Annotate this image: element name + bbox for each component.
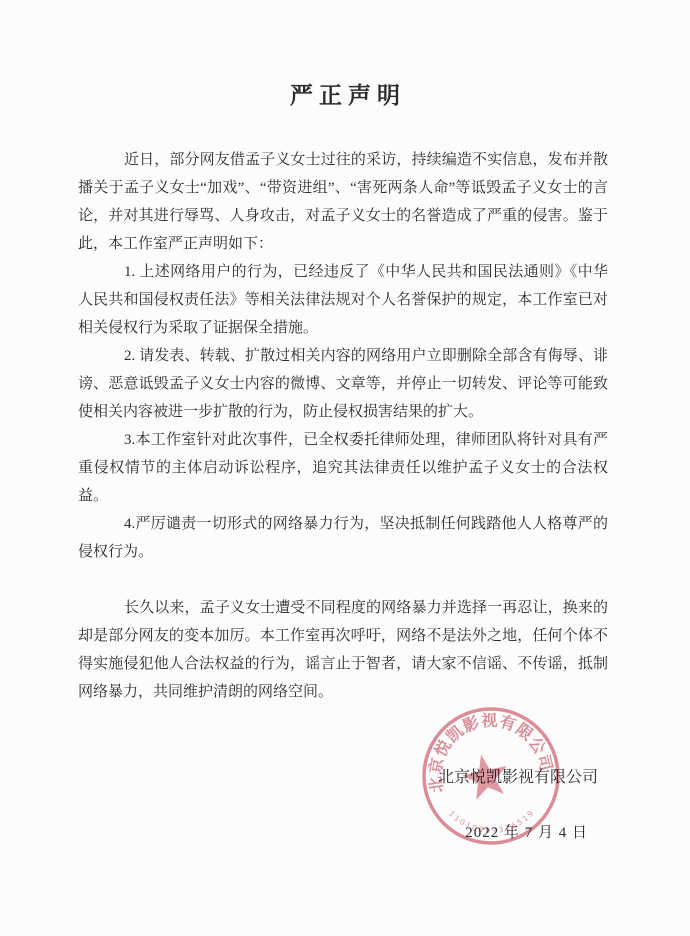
document-body: 近日，部分网友借孟子义女士过往的采访，持续编造不实信息，发布并散播关于孟子义女士…: [78, 146, 608, 706]
signature-company: 北京悦凯影视有限公司: [78, 764, 608, 792]
seal-company-char: 凯: [443, 722, 467, 746]
seal-serial-digit: 1: [447, 809, 457, 819]
paragraph: 1. 上述网络用户的行为，已经违反了《中华人民共和国民法通则》《中华人民共和国侵…: [78, 258, 608, 342]
document-title: 严正声明: [0, 0, 690, 112]
seal-company-char: 限: [512, 719, 536, 744]
statement-document: 严正声明 近日，部分网友借孟子义女士过往的采访，持续编造不实信息，发布并散播关于…: [0, 0, 690, 936]
seal-company-char: 有: [497, 712, 518, 735]
paragraph: 2. 请发表、转载、扩散过相关内容的网络用户立即删除全部含有侮辱、诽谤、恶意诋毁…: [78, 342, 608, 426]
signature-date: 2022 年 7 月 4 日: [78, 819, 608, 847]
paragraph: 近日，部分网友借孟子义女士过往的采访，持续编造不实信息，发布并散播关于孟子义女士…: [78, 146, 608, 258]
paragraph: 长久以来，孟子义女士遭受不同程度的网络暴力并选择一再忍让，换来的却是部分网友的变…: [78, 594, 608, 706]
paragraph: 3.本工作室针对此次事件，已全权委托律师处理，律师团队将针对具有严重侵权情节的主…: [78, 426, 608, 510]
seal-company-char: 视: [480, 711, 498, 731]
seal-serial-digit: 9: [525, 809, 535, 819]
seal-company-char: 悦: [431, 737, 455, 760]
seal-company-char: 公: [525, 734, 549, 758]
paragraph: 4.严厉谴责一切形式的网络暴力行为，坚决抵制任何践踏他人人格尊严的侵权行为。: [78, 510, 608, 566]
seal-company-char: 影: [460, 713, 482, 737]
